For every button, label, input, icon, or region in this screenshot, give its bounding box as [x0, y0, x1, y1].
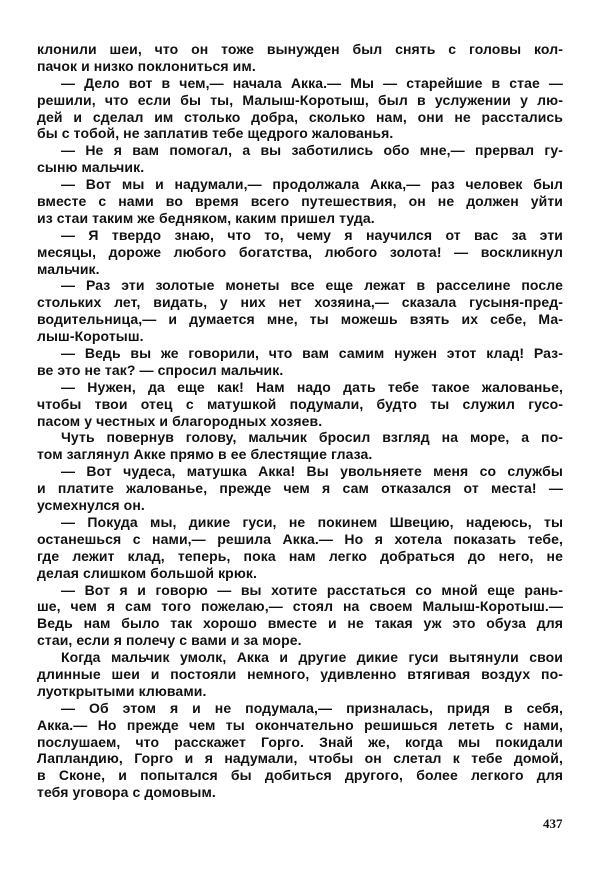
text-line: — Вот мы и надумали,— продолжала Акка,— …	[37, 176, 563, 193]
text-line: сыню мальчик.	[37, 159, 563, 176]
text-line: пасом у честных и благородных хозяев.	[37, 413, 563, 430]
text-line: мальчик.	[37, 261, 563, 278]
text-line: — Ведь вы же говорили, что вам самим нуж…	[37, 345, 563, 362]
text-line: из стаи таким же бедняком, каким пришел …	[37, 210, 563, 227]
text-line: — Об этом я и не подумала,— призналась, …	[37, 700, 563, 717]
text-line: луоткрытыми клювами.	[37, 683, 563, 700]
text-line: — Нужен, да еще как! Нам надо дать тебе …	[37, 379, 563, 396]
text-line: — Вот я и говорю — вы хотите расстаться …	[37, 582, 563, 599]
text-line: дей и сделал им столько добра, сколько н…	[37, 109, 563, 126]
text-line: — Раз эти золотые монеты все еще лежат в…	[37, 277, 563, 294]
text-line: вместе с нами во время всего путешествия…	[37, 193, 563, 210]
text-line: бы с тобой, не заплатив тебе щедрого жал…	[37, 125, 563, 142]
text-line: пачок и низко поклониться им.	[37, 58, 563, 75]
text-line: ше, чем я сам того пожелаю,— стоял на св…	[37, 598, 563, 615]
text-line: том заглянул Акке прямо в ее блестящие г…	[37, 446, 563, 463]
text-line: тебя уговора с домовым.	[37, 784, 563, 801]
text-line: водительница,— и думается мне, ты можешь…	[37, 311, 563, 328]
text-line: Ведь нам было так хорошо вместе и не так…	[37, 615, 563, 632]
text-line: и платите жалованье, прежде чем я сам от…	[37, 480, 563, 497]
text-line: ве это не так? — спросил мальчик.	[37, 362, 563, 379]
text-line: — Дело вот в чем,— начала Акка.— Мы — ст…	[37, 75, 563, 92]
text-line: Чуть повернув голову, мальчик бросил взг…	[37, 429, 563, 446]
text-line: Когда мальчик умолк, Акка и другие дикие…	[37, 649, 563, 666]
text-line: — Вот чудеса, матушка Акка! Вы увольняет…	[37, 463, 563, 480]
text-line: Лапландию, Горго и я надумали, чтобы он …	[37, 750, 563, 767]
text-line: — Я твердо знаю, что то, чему я научился…	[37, 227, 563, 244]
text-line: усмехнулся он.	[37, 497, 563, 514]
text-line: стольких лет, видать, у них нет хозяина,…	[37, 294, 563, 311]
text-line: делая слишком большой крюк.	[37, 565, 563, 582]
text-line: в Сконе, и попытался бы добиться другого…	[37, 767, 563, 784]
body-text: клонили шеи, что он тоже вынужден был сн…	[37, 41, 563, 801]
text-line: лыш-Коротыш.	[37, 328, 563, 345]
text-line: стаи, если я полечу с вами и за море.	[37, 632, 563, 649]
text-line: длинные шеи и постояли немного, удивленн…	[37, 666, 563, 683]
text-line: Акка.— Но прежде чем ты окончательно реш…	[37, 717, 563, 734]
page-number: 437	[543, 816, 563, 832]
text-line: — Покуда мы, дикие гуси, не покинем Швец…	[37, 514, 563, 531]
text-line: где лежит клад, теперь, пока нам легко д…	[37, 548, 563, 565]
text-line: чтобы твои отец с матушкой подумали, буд…	[37, 396, 563, 413]
text-line: клонили шеи, что он тоже вынужден был сн…	[37, 41, 563, 58]
text-line: — Не я вам помогал, а вы заботились обо …	[37, 142, 563, 159]
book-page: клонили шеи, что он тоже вынужден был сн…	[0, 0, 600, 871]
text-line: послушаем, что расскажет Горго. Знай же,…	[37, 734, 563, 751]
text-line: месяцы, дороже любого богатства, любого …	[37, 244, 563, 261]
text-line: решили, что если бы ты, Малыш-Коротыш, б…	[37, 92, 563, 109]
text-line: останешься с нами,— решила Акка.— Но я х…	[37, 531, 563, 548]
